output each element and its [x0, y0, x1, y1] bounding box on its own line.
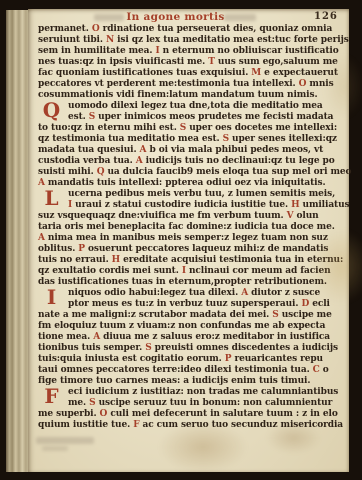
text-line: fm eloquiuz tuum z viuam:z non confundas…: [38, 321, 343, 332]
text-line: ptor meus es tu:z in verbuz tuuz supersp…: [38, 299, 343, 310]
text-line: peccatores vt perderent me:testimonia tu…: [38, 79, 343, 90]
text-line: me. S uscipe seruuz tuu in bonum: non ca…: [38, 398, 343, 409]
text-line: tionibus tuis semper. S preuisti omnes d…: [38, 343, 343, 354]
text-line: madata tua quesiui. A b oi via mala phib…: [38, 145, 343, 156]
show-through-mark: [224, 14, 256, 21]
text-line: das iustificationes tuas in eternum,prop…: [38, 277, 343, 288]
book-gutter-page-edges: [6, 10, 30, 472]
text-line: me superbi. O culi mei defecerunt in sal…: [38, 409, 343, 420]
text-line: suisti mihi. Q ua dulcia faucib9 meis el…: [38, 167, 343, 178]
rubric-letter: N: [106, 35, 114, 45]
drop-cap-initial: Q: [38, 100, 65, 122]
text-line: seruiunt tibi. N isi qz lex tua meditati…: [38, 35, 343, 46]
text-line: tuis:quia iniusta est cogitatio eorum. P…: [38, 354, 343, 365]
text-line: custodia verba tua. A iudicijs tuis no d…: [38, 156, 343, 167]
text-line: qz exultatio cordis mei sunt. I nclinaui…: [38, 266, 343, 277]
photo-background: In agone mortis 126 permanet. O rdinatio…: [0, 0, 362, 480]
show-through-text: [36, 437, 94, 444]
text-block: permanet. O rdinatione tua perseuerat di…: [38, 24, 343, 433]
text-line: suz vsquequaqz dne:viuifica me fm verbum…: [38, 211, 343, 222]
rubric-letter: T: [208, 57, 215, 67]
text-line: nes tuas:qz in ipsis viuificasti me. T u…: [38, 57, 343, 68]
text-line: sem in humilitate mea. I n eternum no ob…: [38, 46, 343, 57]
rubric-letter: D: [301, 299, 309, 309]
rubric-letter: A: [38, 233, 45, 243]
text-line: qz testimonia tua meditatio mea est. S u…: [38, 134, 343, 145]
text-line: oblitus. P osuerunt peccatores laqueuz m…: [38, 244, 343, 255]
text-line: permanet. O rdinatione tua perseuerat di…: [38, 24, 343, 35]
text-line: fige timore tuo carnes meas: a iudicijs …: [38, 376, 343, 387]
rubric-letter: H: [112, 255, 120, 265]
show-through-text: [42, 446, 68, 451]
rubric-letter: P: [78, 244, 85, 254]
text-line: est. S uper inimicos meos prudetes me fe…: [38, 112, 343, 123]
rubric-letter: A: [136, 156, 143, 166]
text-line: taui omnes peccatores terre:ideo dilexi …: [38, 365, 343, 376]
text-line: A nima mea in manibus meis semper:z lege…: [38, 233, 343, 244]
text-line: cosummationis vidi finem:latum mandatum …: [38, 90, 343, 101]
header-row: In agone mortis 126: [28, 11, 349, 24]
rubric-letter: C: [313, 365, 320, 375]
drop-cap-initial: L: [38, 188, 65, 210]
rubric-letter: O: [92, 24, 100, 34]
text-line: niquos odio habui:legez tua dilexi. A di…: [38, 288, 343, 299]
text-line: taria oris mei beneplacita fac domine:z …: [38, 222, 343, 233]
text-line: quium iustitie tue. F ac cum seruo tuo s…: [38, 420, 343, 431]
text-line: eci iudicium z iustitiaz: non tradas me …: [38, 387, 343, 398]
manuscript-page: In agone mortis 126 permanet. O rdinatio…: [28, 9, 349, 472]
text-line: uomodo dilexi legez tua dne,tota die med…: [38, 101, 343, 112]
page-number: 126: [314, 11, 348, 22]
drop-cap-initial: F: [38, 386, 65, 408]
text-line: to tuo:qz in eternu mihi est. S uper oes…: [38, 123, 343, 134]
text-line: tuis no erraui. H ereditate acquisiui te…: [38, 255, 343, 266]
text-line: I uraui z statui custodire iudicia iusti…: [38, 200, 343, 211]
drop-cap-initial: I: [38, 287, 65, 309]
text-line: ucerna pedibus meis verbu tuu, z lumen s…: [38, 189, 343, 200]
text-line: tione mea. A diuua me z saluus ero:z med…: [38, 332, 343, 343]
text-line: A mandatis tuis intellexi: ppterea odiui…: [38, 178, 343, 189]
text-line: fac quoniam iustificationes tuas exquisi…: [38, 68, 343, 79]
rubric-letter: M: [251, 68, 261, 78]
text-line: nate a me maligni:z scrutabor madata dei…: [38, 310, 343, 321]
